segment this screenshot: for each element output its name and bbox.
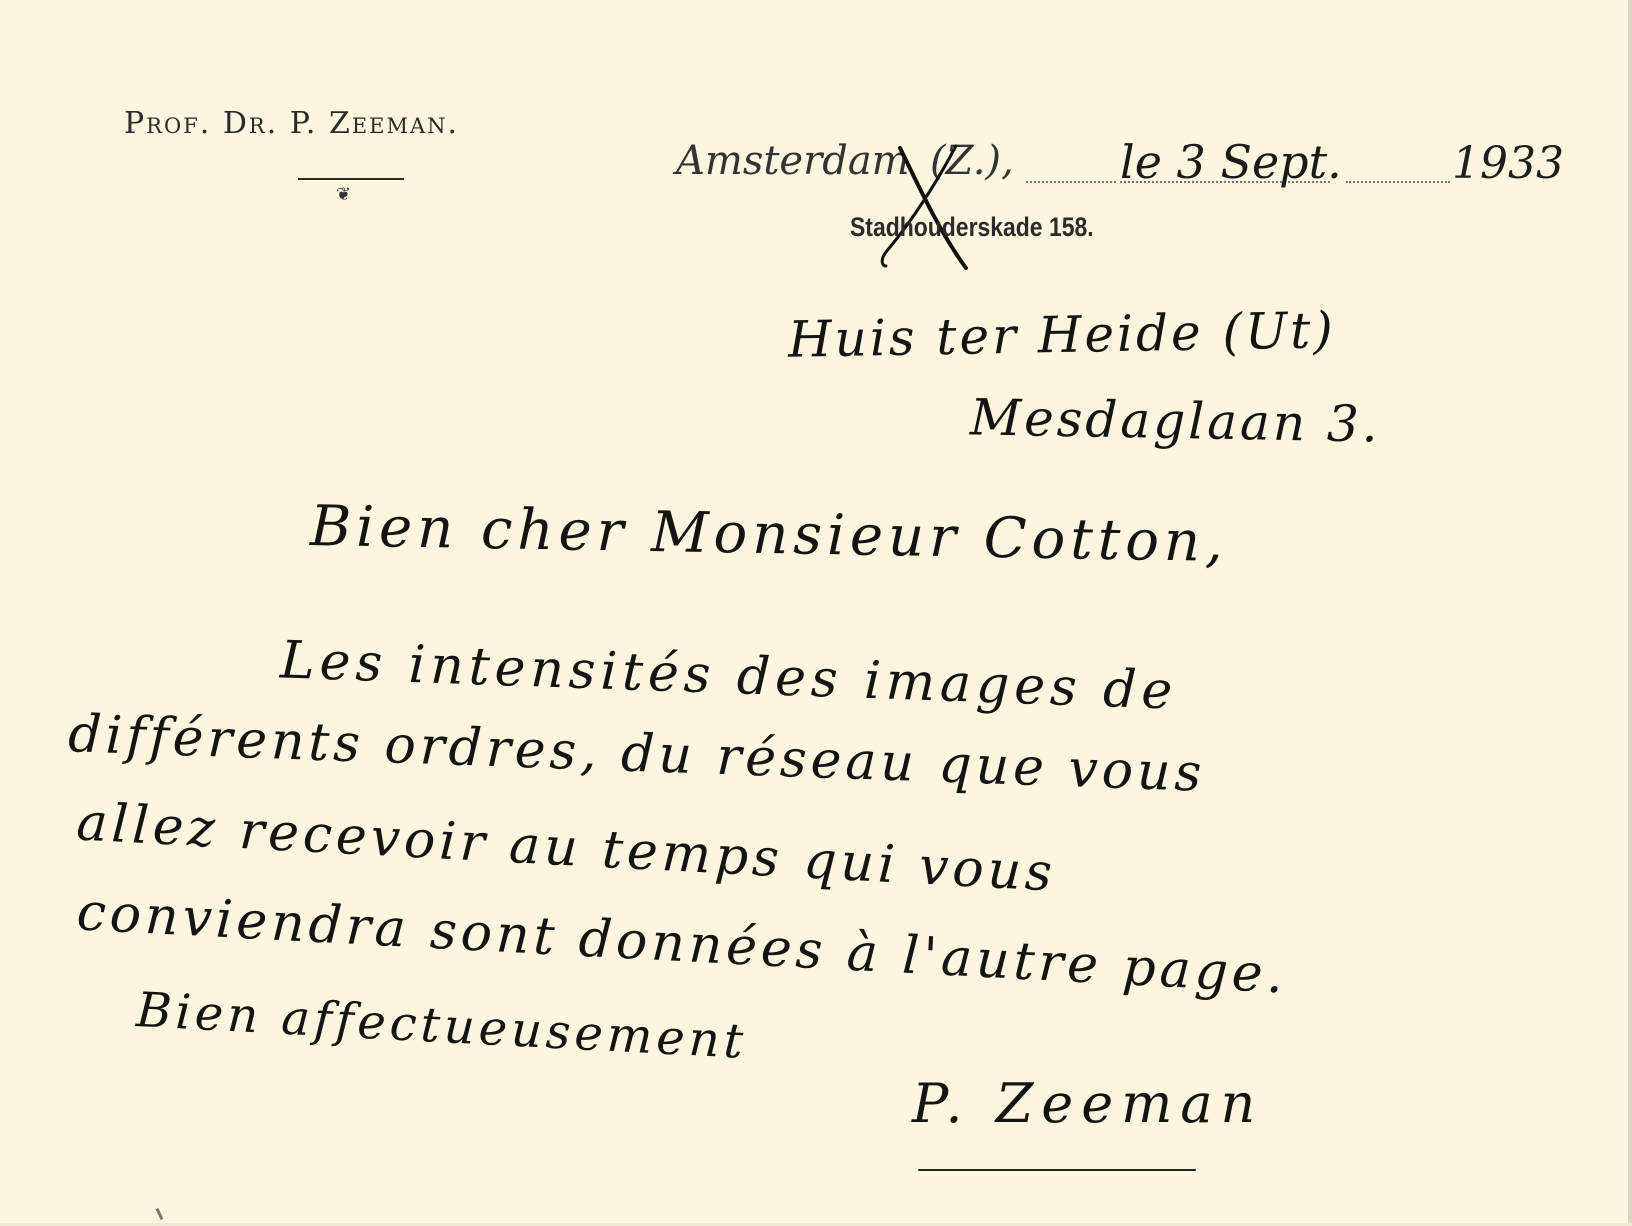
body-line: conviendra sont données à l'autre page. (75, 882, 1288, 1005)
strike-out-x-icon (868, 140, 978, 275)
date-year: 1933 (1452, 138, 1564, 189)
date-dotted-line (1346, 181, 1450, 183)
return-address-line: Huis ter Heide (Ut) (788, 301, 1337, 369)
signature: P. Zeeman (912, 1072, 1263, 1135)
handwritten-date: le 3 Sept. (1120, 135, 1342, 189)
signature-underline (918, 1169, 1196, 1171)
page-edge (1628, 0, 1632, 1226)
fleuron-ornament-icon: ❦ (336, 184, 351, 205)
letterhead-rule (298, 178, 404, 180)
salutation: Bien cher Monsieur Cotton, (310, 494, 1229, 575)
printed-address: Stadhouderskade 158. (850, 212, 1094, 243)
letter-page: Prof. Dr. P. Zeeman. ❦ Amsterdam (Z.), l… (0, 0, 1632, 1226)
closing: Bien affectueusement (135, 982, 748, 1070)
ink-mark (156, 1208, 164, 1220)
return-address-line: Mesdaglaan 3. (970, 388, 1382, 453)
body-line: Les intensités des images de (279, 630, 1178, 721)
date-dotted-line (1026, 181, 1116, 183)
body-line: différents ordres, du réseau que vous (67, 704, 1206, 804)
letterhead-name: Prof. Dr. P. Zeeman. (124, 106, 459, 141)
body-line: allez recevoir au temps qui vous (75, 792, 1057, 903)
